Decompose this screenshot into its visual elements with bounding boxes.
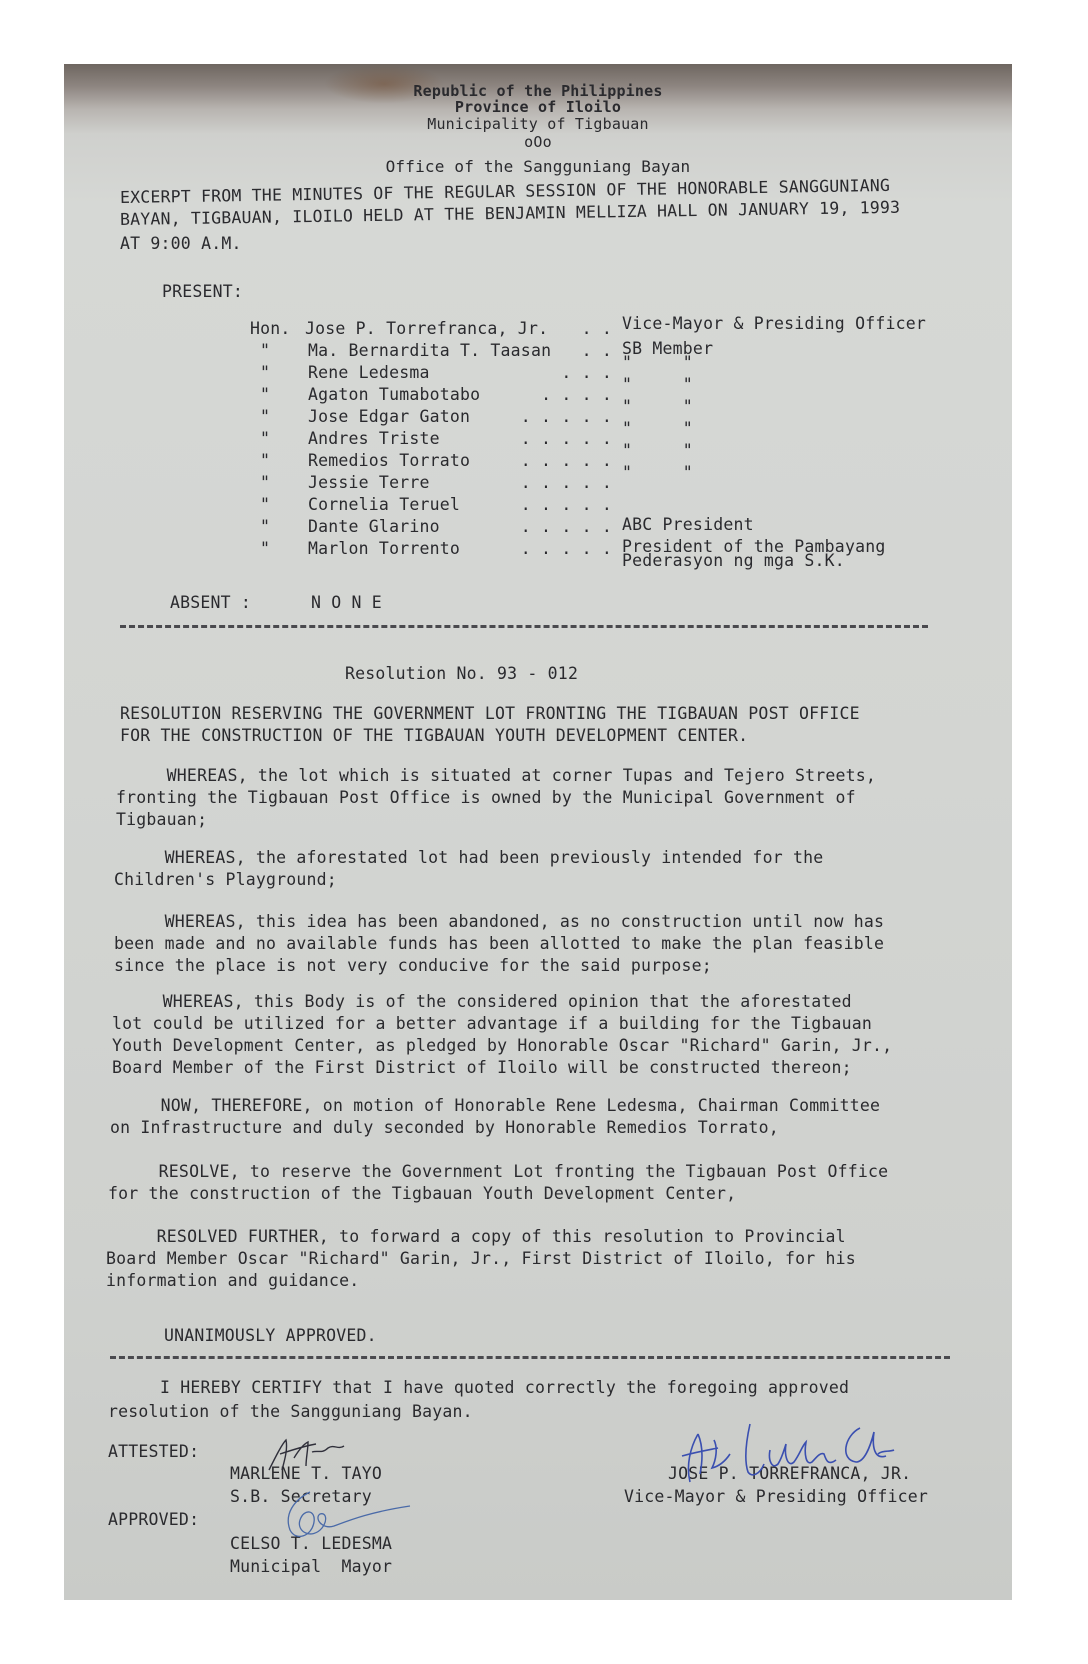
member-position: " " (622, 353, 693, 373)
position-continuation: Pederasyon ng mga S.K. (622, 551, 845, 571)
paragraph-line: Board Member of the First District of Il… (112, 1058, 852, 1078)
paragraph-line: on Infrastructure and duly seconded by H… (110, 1118, 779, 1138)
paragraph-line: Children's Playground; (114, 870, 337, 890)
member-position: " " (622, 375, 693, 395)
member-leader-dots: . . . . . (521, 451, 612, 471)
member-leader-dots: . . (582, 341, 612, 361)
paragraph-line: WHEREAS, this Body is of the considered … (112, 992, 852, 1012)
member-name: Marlon Torrento (308, 539, 460, 559)
member-prefix: " (260, 407, 270, 427)
member-prefix: " (260, 495, 270, 515)
certification-line-2: resolution of the Sangguniang Bayan. (108, 1402, 473, 1422)
member-prefix: " (260, 385, 270, 405)
header-ornament: oOo (64, 134, 1012, 151)
member-leader-dots: . . . (561, 363, 612, 383)
member-name: Agaton Tumabotabo (308, 385, 480, 405)
member-prefix: " (260, 363, 270, 383)
paragraph-line: Board Member Oscar "Richard" Garin, Jr.,… (106, 1249, 856, 1269)
member-prefix: " (260, 539, 270, 559)
header-province: Province of Iloilo (64, 99, 1012, 116)
paragraph-line: been made and no available funds has bee… (114, 934, 884, 954)
document-page: Republic of the Philippines Province of … (64, 64, 1012, 1600)
member-name: Dante Glarino (308, 517, 440, 537)
resolution-title-line-2: FOR THE CONSTRUCTION OF THE TIGBAUAN YOU… (120, 726, 748, 746)
header-office: Office of the Sangguniang Bayan (64, 157, 1012, 177)
paragraph-line: WHEREAS, the aforestated lot had been pr… (114, 848, 823, 868)
paragraph-line: NOW, THEREFORE, on motion of Honorable R… (110, 1096, 880, 1116)
mayor-signature (250, 1486, 420, 1546)
member-name: Rene Ledesma (308, 363, 430, 383)
member-name: Remedios Torrato (308, 451, 470, 471)
resolution-number: Resolution No. 93 - 012 (345, 664, 578, 684)
member-name: Jose P. Torrefranca, Jr. (305, 319, 548, 339)
paragraph-line: Youth Development Center, as pledged by … (112, 1036, 892, 1056)
member-name: Jose Edgar Gaton (308, 407, 470, 427)
member-name: Cornelia Teruel (308, 495, 460, 515)
member-position: " " (622, 463, 693, 483)
resolution-title-line-1: RESOLUTION RESERVING THE GOVERNMENT LOT … (120, 704, 860, 724)
paragraph-line: RESOLVE, to reserve the Government Lot f… (108, 1162, 888, 1182)
member-name: Andres Triste (308, 429, 440, 449)
paragraph-line: since the place is not very conducive fo… (114, 956, 712, 976)
secretary-signature (264, 1436, 354, 1476)
member-leader-dots: . . . . . (521, 407, 612, 427)
approved-label: APPROVED: (108, 1510, 199, 1530)
member-leader-dots: . . . . . (521, 429, 612, 449)
member-position: " " (622, 397, 693, 417)
separator-bottom (110, 1356, 950, 1359)
member-prefix: " (260, 429, 270, 449)
member-position: " " (622, 441, 693, 461)
member-leader-dots: . . (582, 319, 612, 339)
member-position: " " (622, 419, 693, 439)
mayor-title: Municipal Mayor (230, 1557, 392, 1577)
certification-line-1: I HEREBY CERTIFY that I have quoted corr… (160, 1378, 849, 1398)
member-leader-dots: . . . . . (521, 473, 612, 493)
header-municipality: Municipality of Tigbauan (64, 116, 1012, 133)
member-name: Ma. Bernardita T. Taasan (308, 341, 551, 361)
member-name: Jessie Terre (308, 473, 430, 493)
paragraph-line: fronting the Tigbauan Post Office is own… (116, 788, 856, 808)
member-leader-dots: . . . . . (521, 539, 612, 559)
separator-top (120, 625, 928, 628)
paragraph-line: Tigbauan; (116, 810, 207, 830)
paragraph-line: lot could be utilized for a better advan… (112, 1014, 872, 1034)
vice-mayor-signature (660, 1420, 960, 1490)
member-leader-dots: . . . . (541, 385, 612, 405)
member-prefix: " (260, 473, 270, 493)
paragraph-line: WHEREAS, this idea has been abandoned, a… (114, 912, 884, 932)
absent-value: N O N E (311, 593, 382, 613)
member-prefix: " (260, 451, 270, 471)
present-label: PRESENT: (162, 282, 243, 302)
member-position: Vice-Mayor & Presiding Officer (622, 314, 926, 334)
member-prefix: Hon. (250, 319, 291, 339)
paragraph-line: WHEREAS, the lot which is situated at co… (116, 766, 876, 786)
paragraph-line: information and guidance. (106, 1271, 359, 1291)
vice-mayor-title: Vice-Mayor & Presiding Officer (624, 1487, 928, 1507)
member-position: ABC President (622, 515, 754, 535)
absent-label: ABSENT : (170, 593, 251, 613)
member-prefix: " (260, 517, 270, 537)
paragraph-line: RESOLVED FURTHER, to forward a copy of t… (106, 1227, 846, 1247)
attested-label: ATTESTED: (108, 1442, 199, 1462)
member-prefix: " (260, 341, 270, 361)
paragraph-line: for the construction of the Tigbauan You… (108, 1184, 736, 1204)
member-leader-dots: . . . . . (521, 517, 612, 537)
excerpt-line-3: AT 9:00 A.M. (120, 234, 242, 254)
approval-statement: UNANIMOUSLY APPROVED. (164, 1326, 377, 1346)
member-leader-dots: . . . . . (521, 495, 612, 515)
